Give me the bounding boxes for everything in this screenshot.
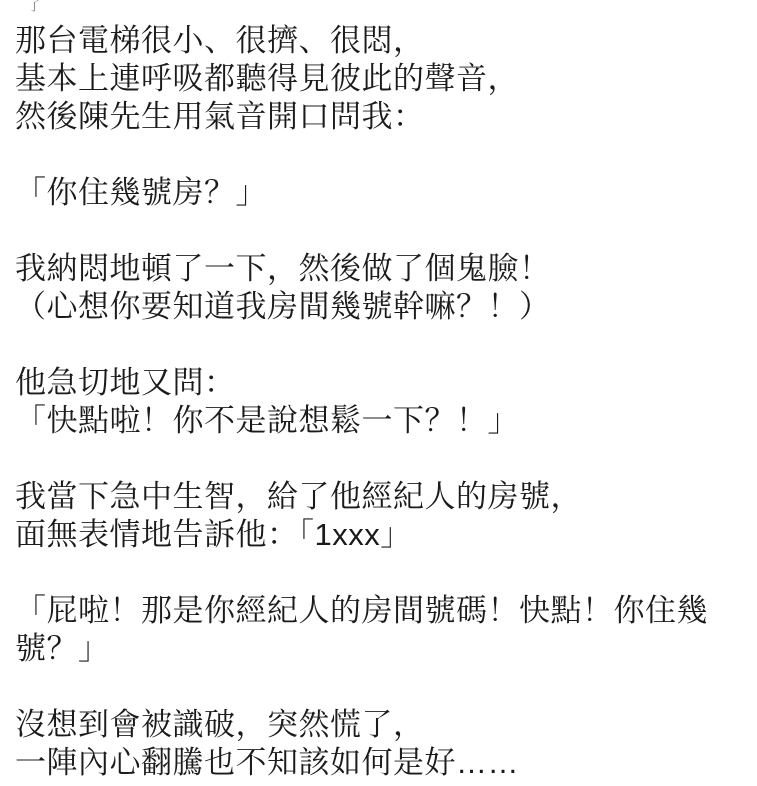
story-line-blank <box>15 440 751 478</box>
story-line: 然後陳先生用氣音開口問我： <box>15 98 751 136</box>
story-line-blank <box>15 212 751 250</box>
story-line: （心想你要知道我房間幾號幹嘛？！） <box>15 288 751 326</box>
story-line-quote: 「快點啦！你不是說想鬆一下？！」 <box>15 402 751 440</box>
story-line: 一陣內心翻騰也不知該如何是好…… <box>15 744 751 782</box>
story-line-quote: 「你住幾號房？」 <box>15 174 751 212</box>
story-line-blank <box>15 668 751 706</box>
story-line-blank <box>15 326 751 364</box>
story-line-blank <box>15 136 751 174</box>
story-line-blank <box>15 554 751 592</box>
story-line: 沒想到會被識破，突然慌了， <box>15 706 751 744</box>
story-line: 基本上連呼吸都聽得見彼此的聲音， <box>15 60 751 98</box>
story-line: 我當下急中生智，給了他經紀人的房號， <box>15 478 751 516</box>
story-line: 面無表情地告訴他：「1xxx」 <box>15 516 751 554</box>
story-line-quote: 號？」 <box>15 630 751 668</box>
partial-top-character: 了 <box>27 0 42 13</box>
story-text-block: 那台電梯很小、很擠、很悶， 基本上連呼吸都聽得見彼此的聲音， 然後陳先生用氣音開… <box>15 22 751 782</box>
story-line: 他急切地又問： <box>15 364 751 402</box>
story-line-quote: 「屁啦！那是你經紀人的房間號碼！快點！你住幾 <box>15 592 751 630</box>
story-line: 那台電梯很小、很擠、很悶， <box>15 22 751 60</box>
story-line: 我納悶地頓了一下，然後做了個鬼臉！ <box>15 250 751 288</box>
